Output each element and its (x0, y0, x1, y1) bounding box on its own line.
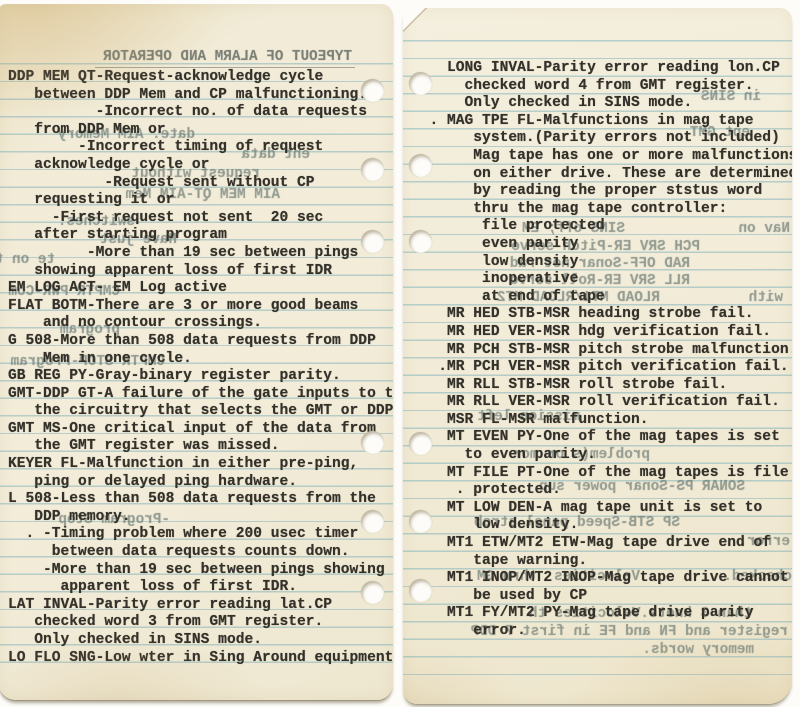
typed-line: GMT MS-One critical input of the data fr… (8, 421, 393, 439)
punch-hole (361, 79, 384, 102)
typed-line: the GMT register was missed. (8, 438, 393, 456)
typed-line: LO FLO SNG-Low wter in Sing Around equip… (8, 650, 393, 668)
typed-line: low density (412, 254, 792, 272)
typed-line: error. (412, 623, 792, 641)
left-page-card: TYPEOUT OF ALARM AND OPERATORdate. AIM M… (0, 4, 393, 700)
cut-corner (403, 8, 438, 43)
typed-line: . protected. (412, 482, 792, 500)
typed-line: MR RLL VER-MSR roll verification fail. (412, 394, 792, 412)
typed-line: GB REG PY-Gray-binary register parity. (8, 368, 393, 386)
typed-line: EM LOG ACT- EM Log active (8, 280, 393, 298)
typed-line: . MAG TPE FL-Malfunctions in mag tape (412, 113, 792, 131)
typed-line: MR HED VER-MSR hdg verification fail. (412, 324, 792, 342)
typed-line: MT EVEN PY-One of the mag tapes is set (412, 429, 792, 447)
punch-hole (409, 579, 432, 602)
typed-line: file protected (412, 218, 792, 236)
right-page-card: in SINSept GMTSINS off; EMNav onPCH SRV … (403, 8, 792, 704)
typed-line: LONG INVAL-Parity error reading lon.CP (412, 60, 792, 78)
typed-line: -First request not sent 20 sec (8, 210, 393, 228)
typed-line: -Request sent without CP (8, 175, 393, 193)
typed-line: Only checked in SINS mode. (412, 95, 792, 113)
typed-line: checked word 4 from GMT register. (412, 78, 792, 96)
punch-hole (409, 510, 432, 533)
typed-line: MT1 INOP/MT2 INOP-Mag tape drive cannot (412, 570, 792, 588)
punch-hole (361, 510, 384, 533)
typed-line: be used by CP (412, 588, 792, 606)
typed-line: even parity (412, 236, 792, 254)
typed-line: GMT-DDP GT-A failure of the gate inputs … (8, 386, 393, 404)
typed-line: at end of tape (412, 289, 792, 307)
typed-line: -Incorrect no. of data requests (8, 104, 393, 122)
typed-line: system.(Parity errors not included) (412, 130, 792, 148)
punch-hole (361, 581, 384, 604)
typed-line: tape warning. (412, 553, 792, 571)
punch-hole (409, 72, 432, 95)
typed-line: between data requests counts down. (8, 544, 393, 562)
typed-line: G 508-More than 508 data requests from D… (8, 333, 393, 351)
typed-line: MR PCH STB-MSR pitch strobe malfunction. (412, 342, 792, 360)
punch-hole (361, 158, 384, 181)
typed-line: from DDP Mem or (8, 122, 393, 140)
typed-line: checked word 3 from GMT register. (8, 614, 393, 632)
typed-line: requesting it or (8, 192, 393, 210)
typed-line: MT FILE PT-One of the mag tapes is file (412, 465, 792, 483)
typed-line: low density. (412, 517, 792, 535)
punch-hole (361, 230, 384, 253)
typed-line: -More than 19 sec between pings (8, 245, 393, 263)
typed-line: Mag tape has one or more malfunctions (412, 148, 792, 166)
punch-hole (409, 432, 432, 455)
typed-line: MR HED STB-MSR heading strobe fail. (412, 306, 792, 324)
typed-line: between DDP Mem and CP malfunctioning. (8, 87, 393, 105)
typed-line: Mem in one cycle. (8, 351, 393, 369)
scan-background: TYPEOUT OF ALARM AND OPERATORdate. AIM M… (0, 0, 800, 707)
typed-line: to even parity. (412, 447, 792, 465)
typed-line: MT1 FY/MT2 PY-Mag tape drive parity (412, 605, 792, 623)
punch-hole (361, 431, 384, 454)
typed-line: ping or delayed ping hardware. (8, 474, 393, 492)
typed-line: L 508-Less than 508 data requests from t… (8, 491, 393, 509)
typed-line: the circuitry that selects the GMT or DD… (8, 403, 393, 421)
typed-line: on either drive. These are determined (412, 166, 792, 184)
typed-line: showing apparent loss of first IDR (8, 263, 393, 281)
typed-line: DDP MEM QT-Request-acknowledge cycle (8, 69, 393, 87)
typed-line: DDP memory. (8, 509, 393, 527)
typed-line: . -Timing problem where 200 usec timer (8, 526, 393, 544)
typed-line: .MR PCH VER-MSR pitch verification fail. (412, 359, 792, 377)
punch-hole (409, 230, 432, 253)
typed-line: KEYER FL-Malfunction in either pre-ping, (8, 456, 393, 474)
typed-line: MR RLL STB-MSR roll strobe fail. (412, 377, 792, 395)
typed-lines: DDP MEM QT-Request-acknowledge cycle bet… (8, 69, 393, 667)
typed-line: by reading the proper ststus word (412, 183, 792, 201)
typed-line: MT LOW DEN-A mag tape unit is set to (412, 500, 792, 518)
typed-line: LAT INVAL-Parity error reading lat.CP (8, 597, 393, 615)
punch-hole (409, 154, 432, 177)
typed-line: after starting program (8, 227, 393, 245)
typed-line: MSR FL-MSR malfunction. (412, 412, 792, 430)
typed-line: -More than 19 sec between pings showing (8, 562, 393, 580)
typed-line: MT1 ETW/MT2 ETW-Mag tape drive end of (412, 535, 792, 553)
typed-line: and no contour crossings. (8, 315, 393, 333)
typed-line: FLAT BOTM-There are 3 or more good beams (8, 298, 393, 316)
typed-line: apparent loss of first IDR. (8, 579, 393, 597)
typed-line: acknowledge cycle or (8, 157, 393, 175)
typed-line: -Incorrect timing of request (8, 139, 393, 157)
typed-lines: LONG INVAL-Parity error reading lon.CP c… (412, 60, 792, 641)
typed-line: inoperative (412, 271, 792, 289)
typed-line: Only checked in SINS mode. (8, 632, 393, 650)
typed-line: thru the mag tape controller: (412, 201, 792, 219)
